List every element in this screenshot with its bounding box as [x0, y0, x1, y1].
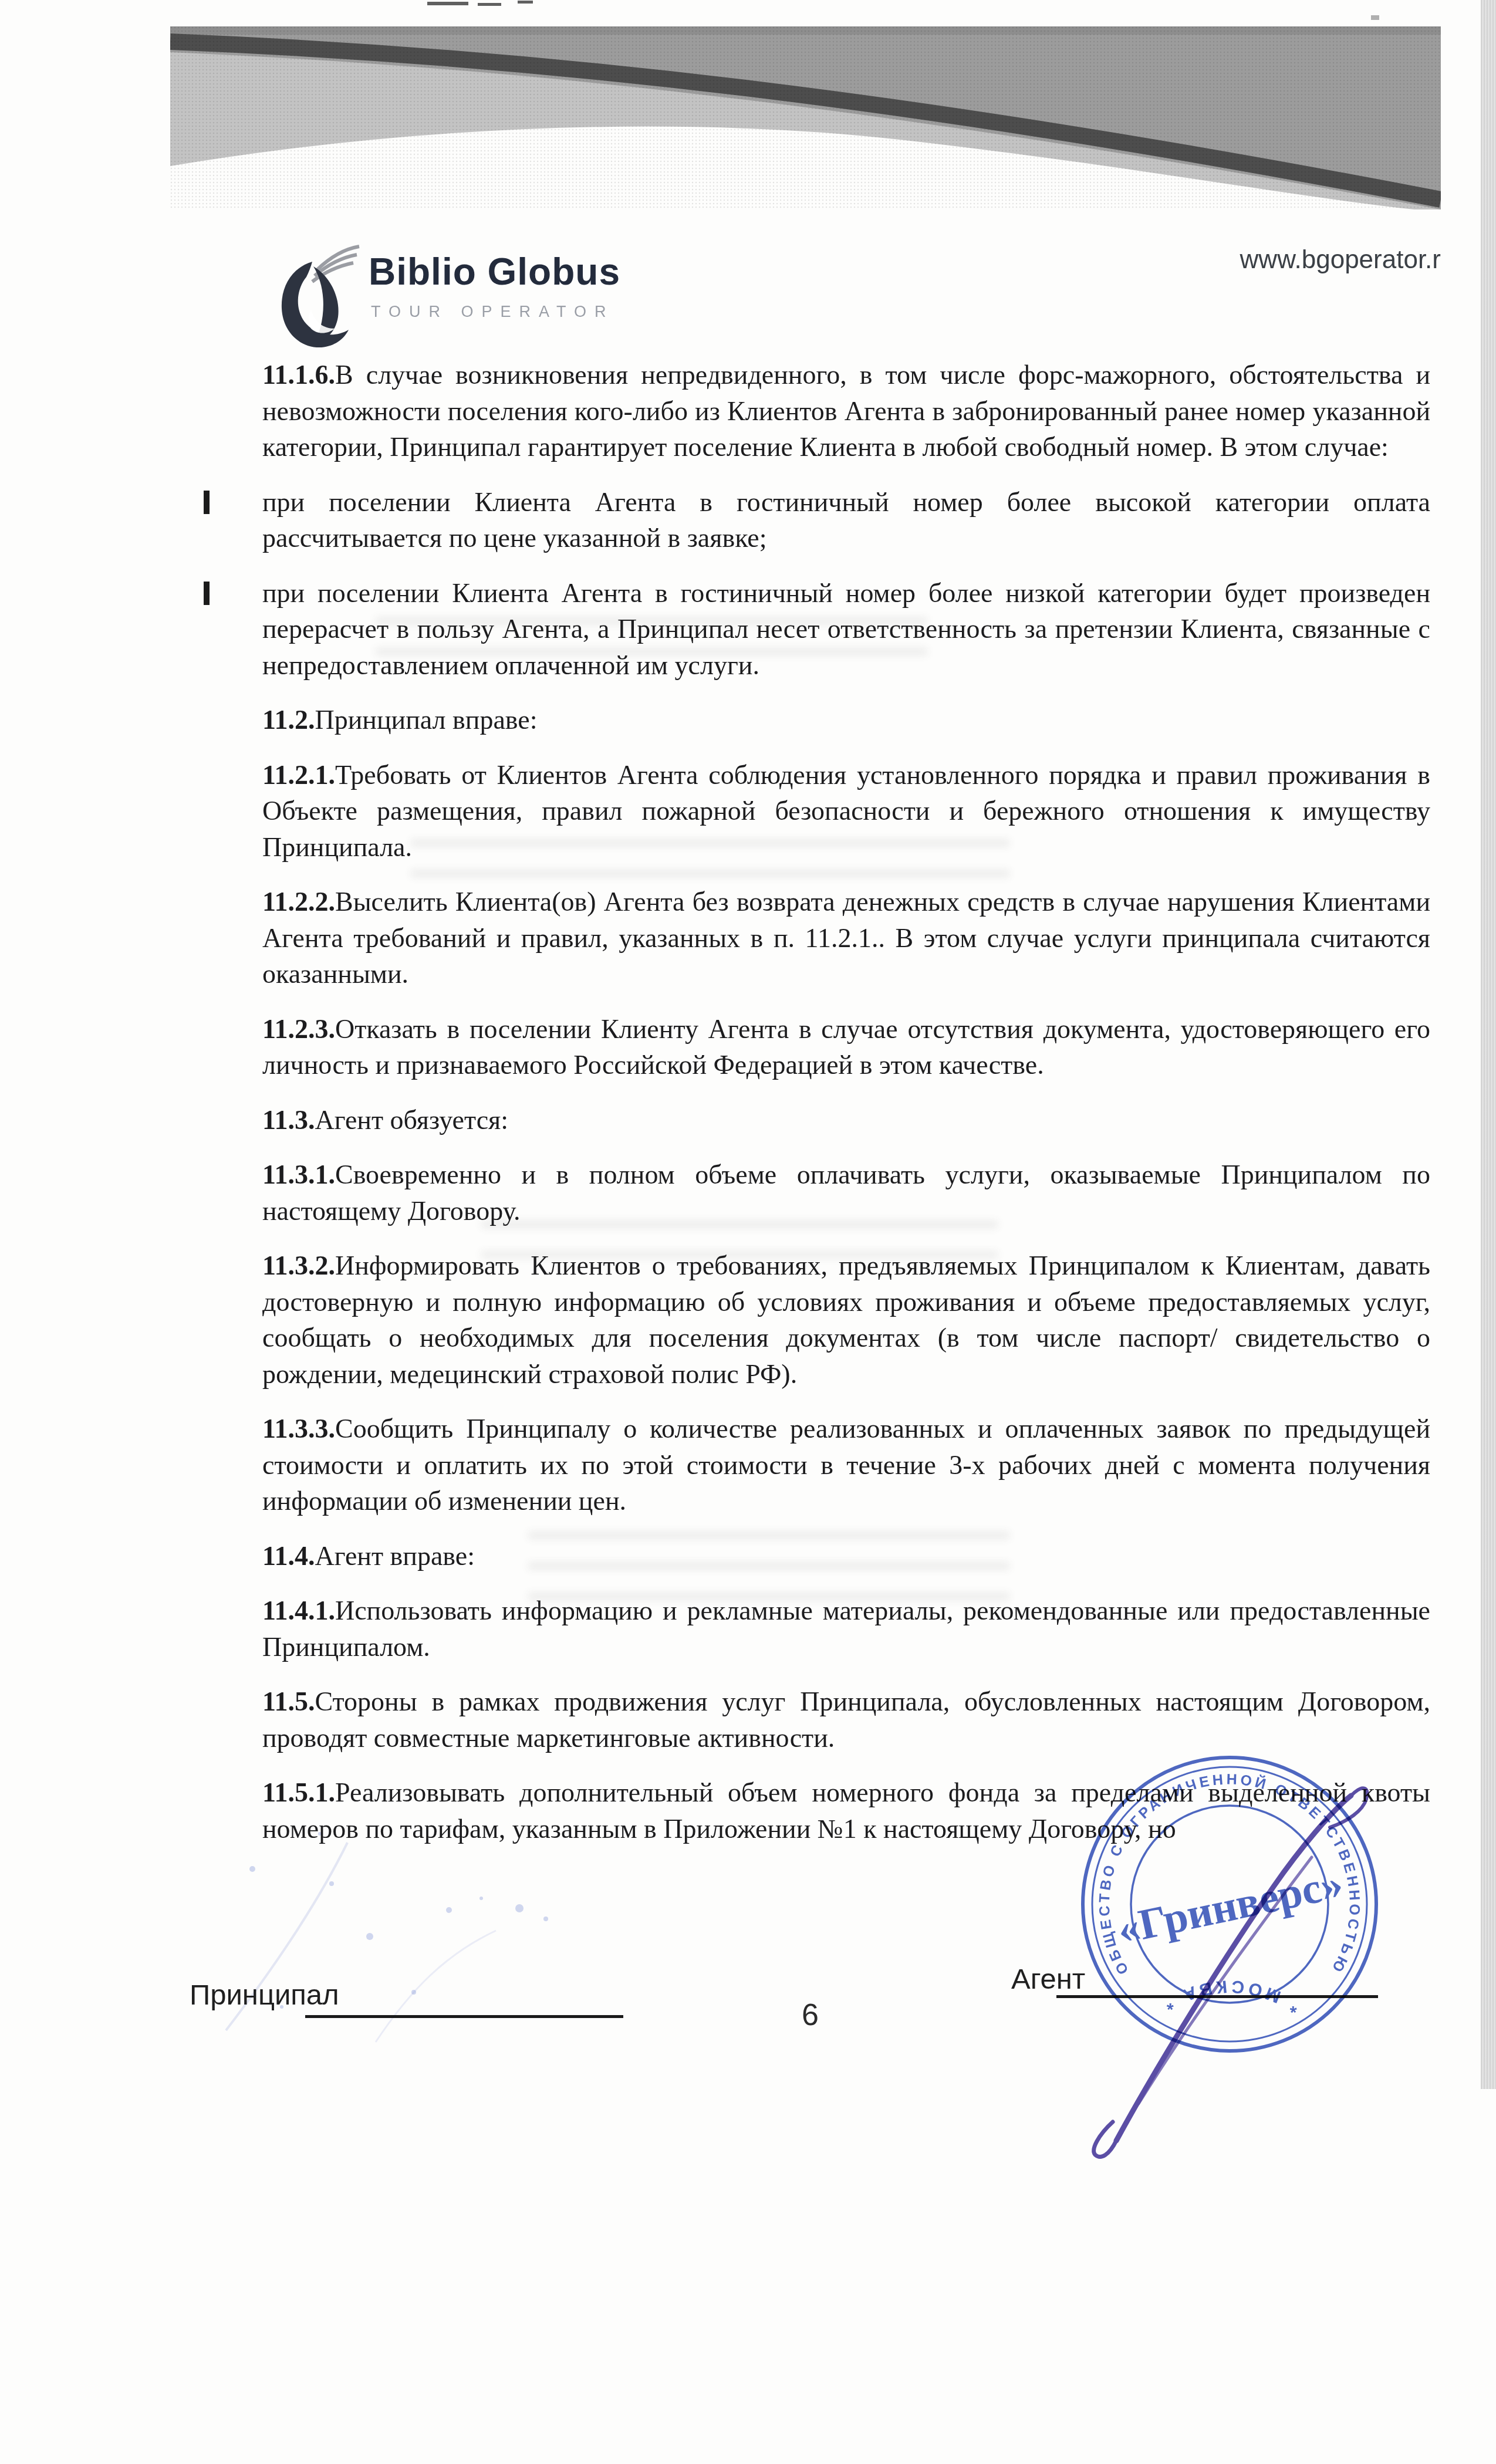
signature-and-artifacts — [0, 0, 1496, 2464]
scan-edge-artifact — [1481, 0, 1496, 2089]
scanned-contract-page: Biblio Globus TOUR OPERATOR www.bgoperat… — [0, 0, 1496, 2464]
